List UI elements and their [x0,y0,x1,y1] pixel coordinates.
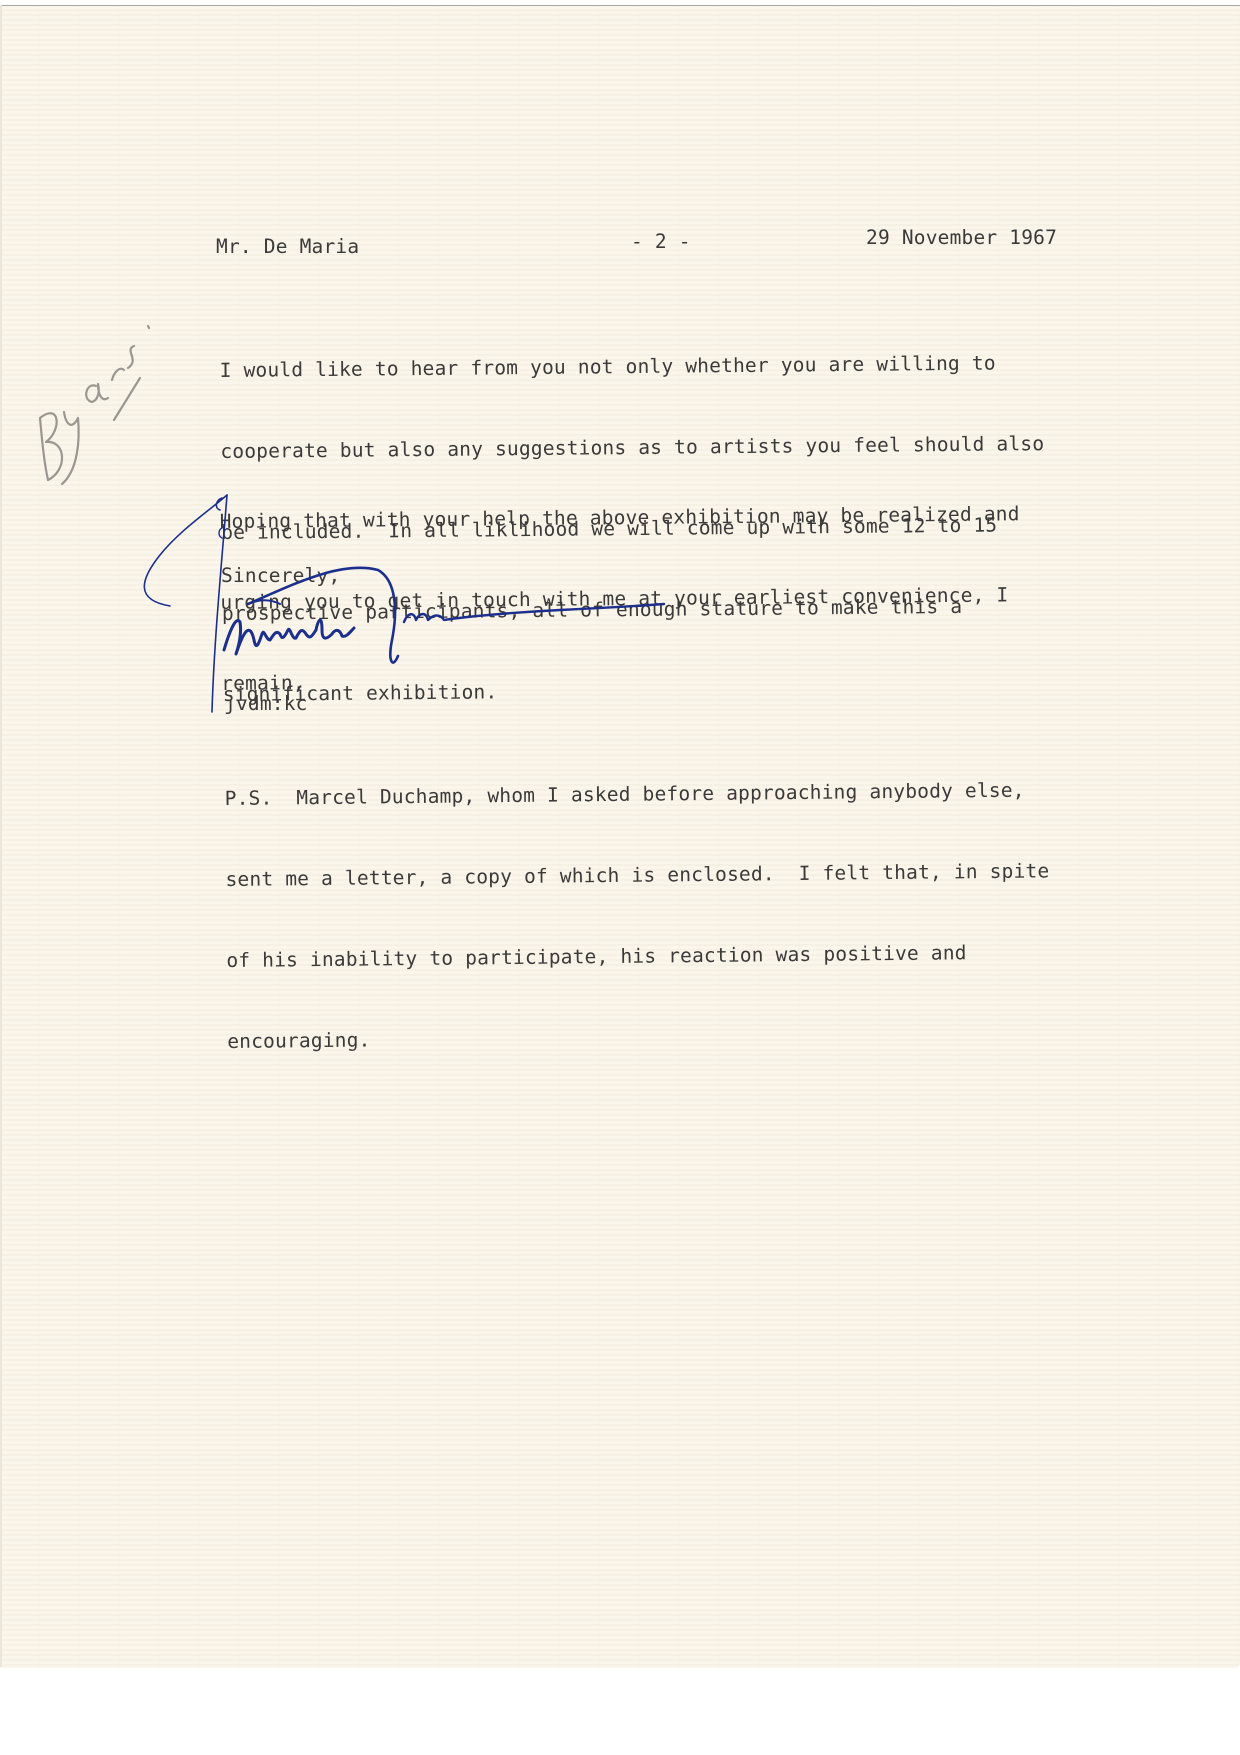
text-line: Hoping that with your help the above exh… [220,500,1020,535]
postscript: P.S. Marcel Duchamp, whom I asked before… [224,722,1051,1082]
recipient-line: Mr. De Maria [216,233,359,260]
closing-salutation: Sincerely, [221,562,340,589]
text-line: P.S. Marcel Duchamp, whom I asked before… [225,776,1049,812]
paper-edge [0,5,2,1667]
page-number: - 2 - [631,228,691,255]
letter-date: 29 November 1967 [866,224,1057,251]
text-line: of his inability to participate, his rea… [226,938,1050,974]
text-line: remain, [221,662,1021,697]
text-line: sent me a letter, a copy of which is enc… [225,857,1049,893]
text-line: encouraging. [227,1019,1051,1055]
text-line: I would like to hear from you not only w… [220,349,1044,384]
typist-initials: jvdm:kc [224,690,308,717]
